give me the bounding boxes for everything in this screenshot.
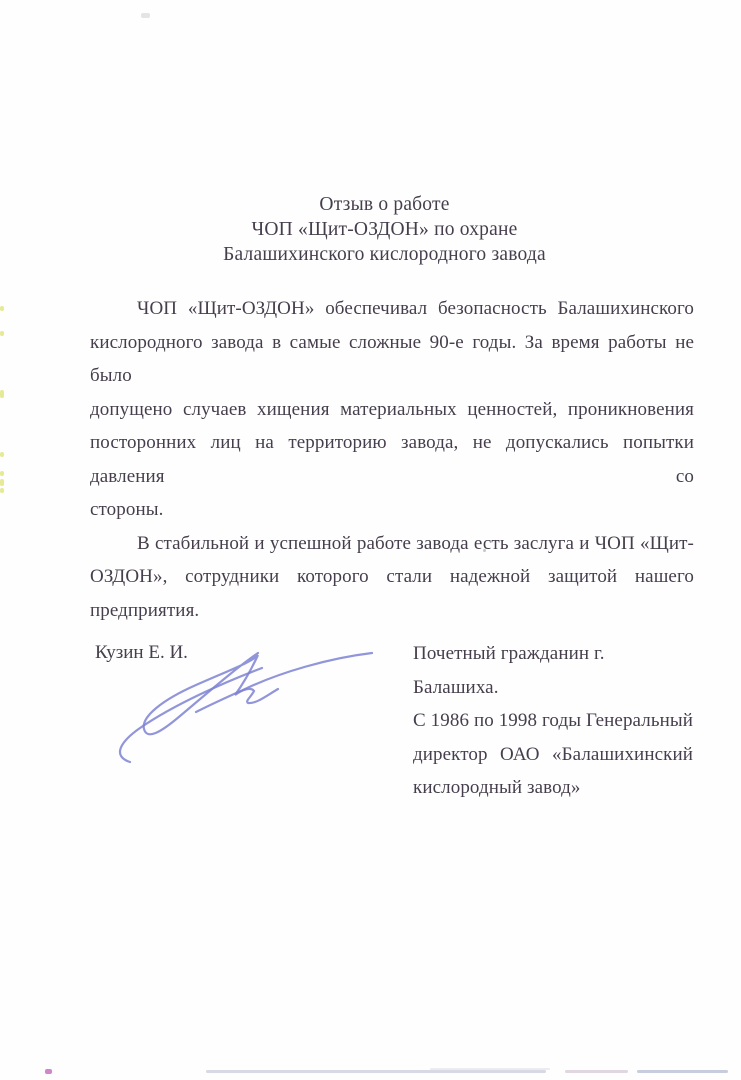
text-line: посторонних лиц на территорию завода, не… [90,426,694,493]
scan-edge-speck [0,488,4,493]
scan-edge-speck [0,471,4,476]
title-line-3: Балашихинского кислородного завода [14,242,741,267]
signature-stroke-long-sweep [196,653,372,712]
scan-edge-speck [0,479,4,486]
scan-edge-speck [0,452,4,457]
paragraph-1: ЧОП «Щит-ОЗДОН» обеспечивал безопасность… [90,292,694,527]
text-line: стороны. [90,493,694,527]
paragraph-2: В стабильной и успешной работе завода ес… [90,527,694,628]
title-line-1: Отзыв о работе [14,192,741,217]
signer-title-line: Почетный гражданин г. Балашиха. [413,637,693,704]
document-title: Отзыв о работе ЧОП «Щит-ОЗДОН» по охране… [14,192,741,267]
text-line: кислородного завода в самые сложные 90-е… [90,326,694,393]
scanned-document-page: Отзыв о работе ЧОП «Щит-ОЗДОН» по охране… [0,0,741,1080]
text-line: В стабильной и успешной работе завода ес… [90,527,694,561]
signer-name: Кузин Е. И. [95,642,188,664]
text-line: допущено случаев хищения материальных це… [90,393,694,427]
scan-smudge [141,13,150,18]
title-line-2: ЧОП «Щит-ОЗДОН» по охране [14,217,741,242]
document-body: ЧОП «Щит-ОЗДОН» обеспечивал безопасность… [90,292,694,627]
scan-edge-speck [0,390,4,398]
signature-stroke-tail [120,668,262,762]
signer-title-block: Почетный гражданин г. Балашиха. С 1986 п… [413,637,693,805]
signature-stroke-loop [144,653,278,734]
text-line: ОЗДОН», сотрудники которого стали надежн… [90,560,694,594]
scan-bottom-streak [430,1068,550,1070]
text-line: предприятия. [90,594,694,628]
text-line: ЧОП «Щит-ОЗДОН» обеспечивал безопасность… [90,292,694,326]
scan-magenta-speck [45,1069,52,1074]
signer-title-line: кислородный завод» [413,771,693,805]
signer-title-line: директор ОАО «Балашихинский [413,738,693,772]
scan-bottom-streak [206,1070,546,1073]
scan-bottom-streak [637,1070,728,1073]
scan-edge-speck [0,306,4,311]
scan-edge-speck [0,331,4,336]
signer-title-line: С 1986 по 1998 годы Генеральный [413,704,693,738]
scan-bottom-streak [565,1070,628,1073]
